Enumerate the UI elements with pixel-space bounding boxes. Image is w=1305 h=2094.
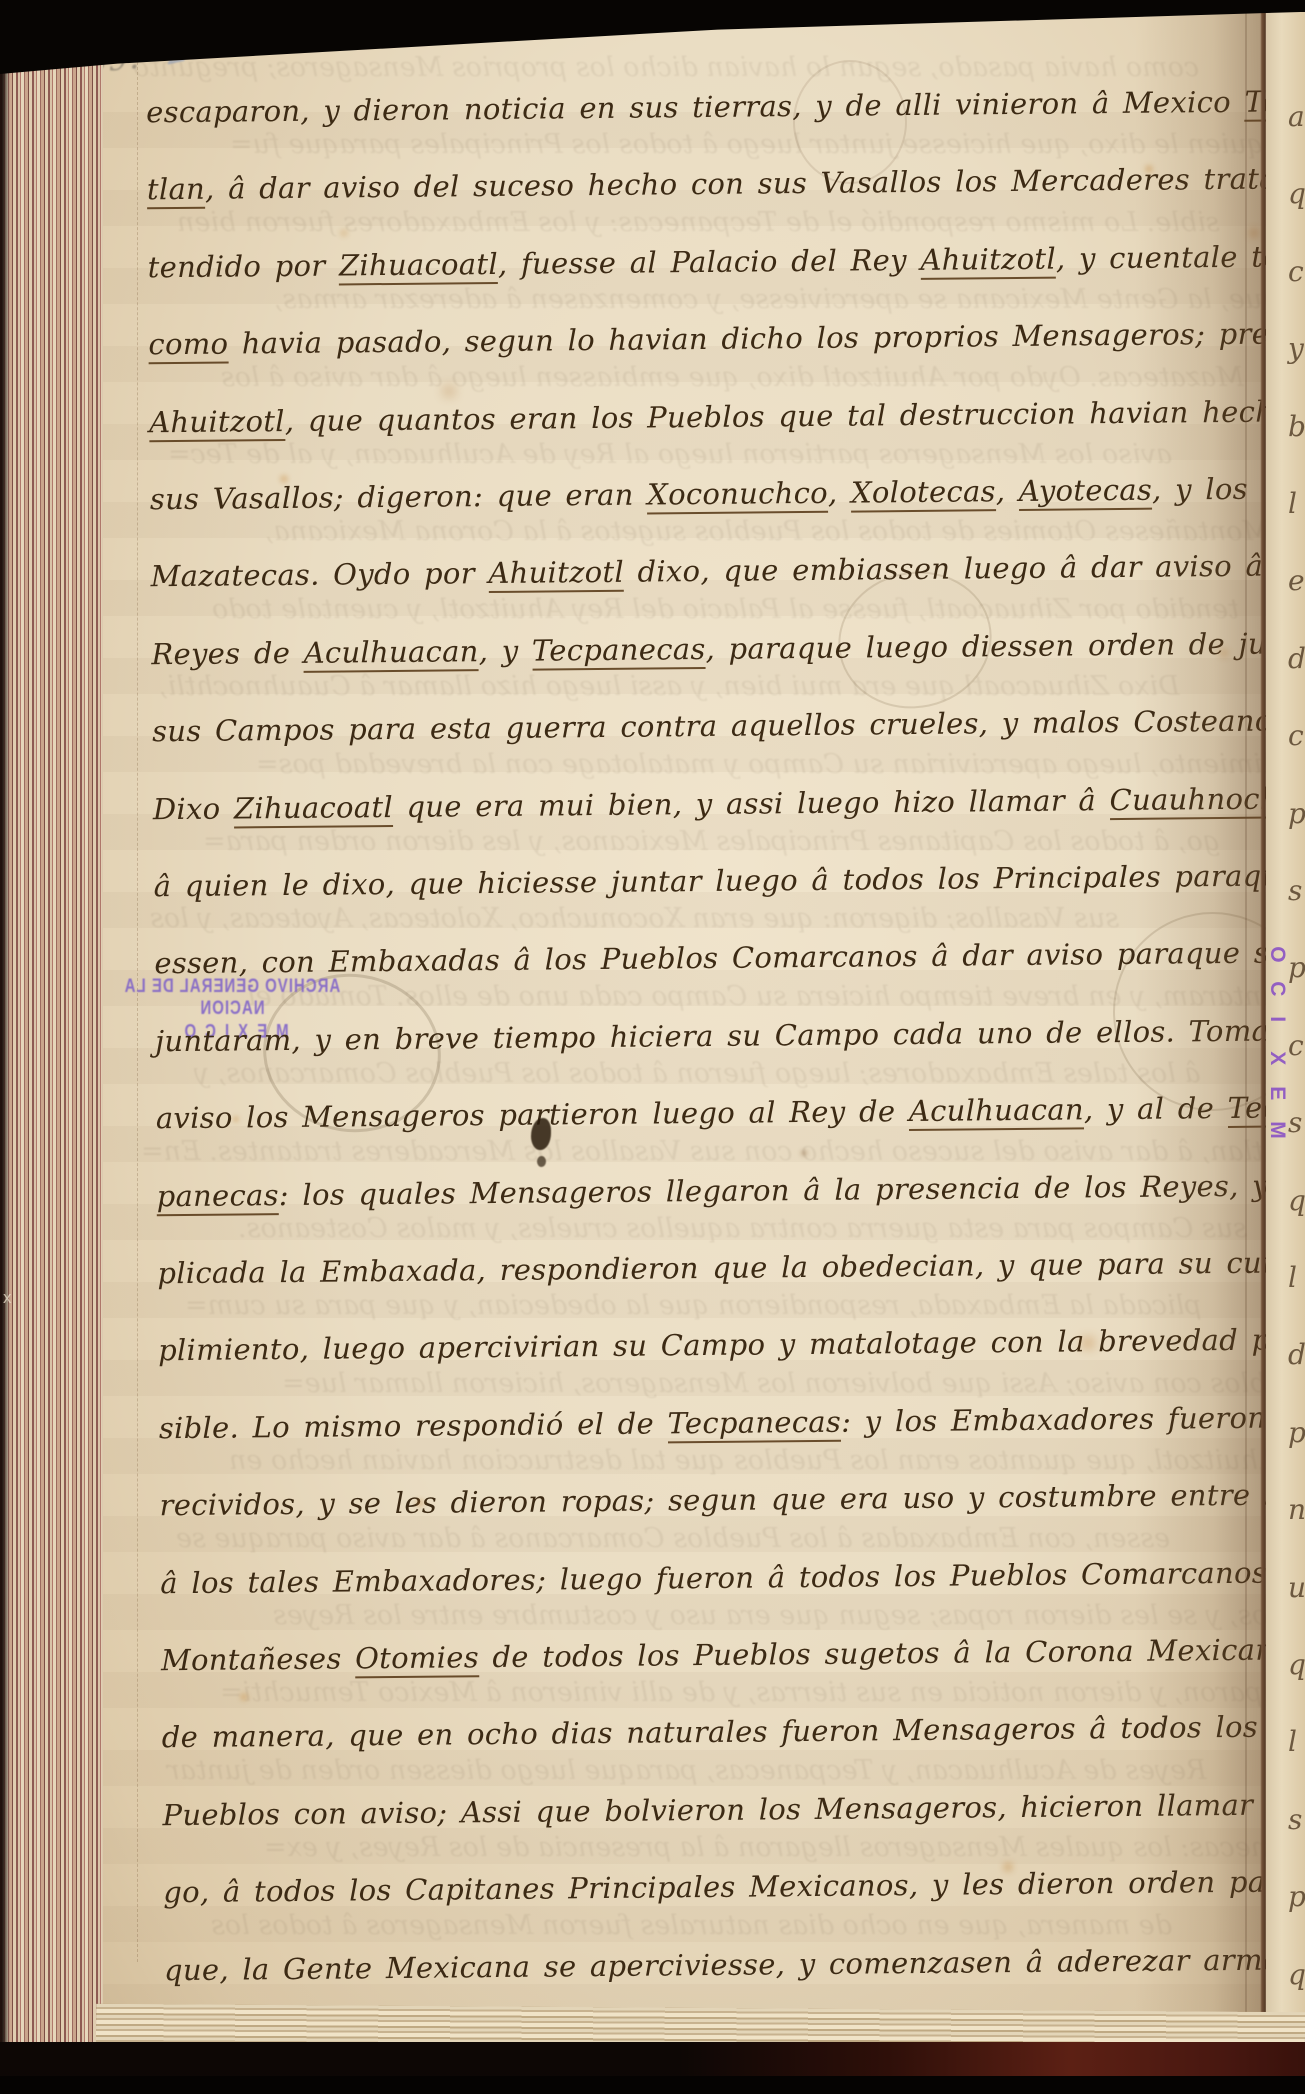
next-page-letter-fragment: u bbox=[1288, 1571, 1305, 1604]
next-page-letter-fragment: c bbox=[1288, 1029, 1304, 1062]
underlined-word: Zihuacoatl bbox=[339, 247, 498, 286]
underlined-word: como bbox=[148, 327, 228, 365]
next-page-letter-fragment: q bbox=[1288, 177, 1305, 210]
line-text: , fuesse al Palacio del Rey bbox=[498, 243, 921, 281]
next-page-letter-fragment: d bbox=[1288, 642, 1305, 675]
underlined-word: tlan bbox=[147, 172, 205, 210]
underlined-word: Aculhuacan bbox=[909, 1093, 1084, 1132]
manuscript-line: plicada la Embaxada, respondieron que la… bbox=[157, 1246, 1277, 1291]
left-page-edges bbox=[0, 18, 110, 2068]
line-text: plimiento, luego apercivirian su Campo y… bbox=[158, 1322, 1305, 1367]
underlined-word: Otomies bbox=[355, 1640, 479, 1678]
line-text: sus Campos para esta guerra contra aquel… bbox=[152, 703, 1297, 748]
underlined-word: Ahuitzotl bbox=[920, 241, 1056, 279]
manuscript-line: sus Vasallos; digeron: que eran Xoconuch… bbox=[150, 472, 1270, 517]
line-text: , bbox=[828, 476, 851, 510]
edge-stamp-letter: O bbox=[1266, 946, 1290, 964]
underlined-word: Zihuacoatl bbox=[234, 790, 393, 829]
next-page-letter-fragment: p bbox=[1288, 797, 1305, 830]
underlined-word: Tecpanecas bbox=[532, 632, 706, 671]
line-text: sus Vasallos; digeron: que eran bbox=[150, 478, 648, 517]
line-text: Mazatecas. Oydo por bbox=[151, 556, 489, 593]
manuscript-line: plimiento, luego apercivirian su Campo y… bbox=[158, 1323, 1278, 1368]
manuscript-line: sus Campos para esta guerra contra aquel… bbox=[152, 704, 1272, 749]
underlined-word: Xoconuchco bbox=[647, 476, 828, 515]
next-page-letter-fragment: n bbox=[1288, 1493, 1305, 1526]
manuscript-line: Montañeses Otomies de todos los Pueblos … bbox=[161, 1632, 1281, 1677]
line-text: Dixo bbox=[153, 791, 234, 826]
manuscript-line: aviso los Mensageros partieron luego al … bbox=[156, 1091, 1276, 1136]
line-text: recividos, y se les dieron ropas; segun … bbox=[159, 1476, 1305, 1522]
edge-stamp-mexico: OCIXEM bbox=[1268, 942, 1286, 1143]
line-text: escaparon, y dieron noticia en sus tierr… bbox=[146, 85, 1245, 130]
next-page-letter-fragment: s bbox=[1288, 1803, 1302, 1836]
photo-background-bottom bbox=[0, 2076, 1305, 2094]
next-page-letter-fragment: b bbox=[1288, 410, 1305, 443]
manuscript-line: tendido por Zihuacoatl, fuesse al Palaci… bbox=[148, 239, 1268, 284]
edge-stamp-letter: C bbox=[1266, 981, 1290, 999]
underlined-word: Ahuitzotl bbox=[149, 404, 285, 442]
manuscript-line: â quien le dixo, que hiciesse juntar lue… bbox=[153, 859, 1273, 904]
next-page-letter-fragment: q bbox=[1288, 1184, 1305, 1217]
underlined-word: Tecpanecas bbox=[667, 1404, 841, 1443]
handwritten-text-block: escaparon, y dieron noticia en sus tierr… bbox=[103, 12, 1305, 2038]
page-fold-line bbox=[1245, 12, 1247, 2038]
manuscript-line: Mazatecas. Oydo por Ahuitzotl dixo, que … bbox=[151, 549, 1271, 594]
line-text: â quien le dixo, que hiciesse juntar lue… bbox=[153, 858, 1305, 904]
edge-stamp-letter: M bbox=[1266, 1121, 1290, 1139]
manuscript-line: de manera, que en ocho dias naturales fu… bbox=[162, 1710, 1282, 1755]
underlined-word: panecas bbox=[156, 1178, 279, 1216]
next-page-strip: aqcybledcpspcsqldpnuqlspq OCIXEM bbox=[1266, 12, 1305, 2038]
manuscript-line: sible. Lo mismo respondió el de Tecpanec… bbox=[159, 1400, 1279, 1445]
underlined-word: Xolotecas bbox=[851, 474, 996, 512]
next-page-letter-fragment: p bbox=[1288, 1880, 1305, 1913]
next-page-letter-fragment: d bbox=[1288, 1338, 1305, 1371]
line-text: plicada la Embaxada, respondieron que la… bbox=[157, 1245, 1305, 1290]
manuscript-page: como havia pasado, segun lo havian dicho… bbox=[103, 12, 1305, 2038]
line-text: â los tales Embaxadores; luego fueron â … bbox=[160, 1555, 1305, 1600]
next-page-letter-fragment: q bbox=[1288, 1648, 1305, 1681]
manuscript-line: â los tales Embaxadores; luego fueron â … bbox=[160, 1555, 1280, 1600]
next-page-letter-fragment: p bbox=[1288, 1416, 1305, 1449]
underlined-word: Aculhuacan bbox=[304, 634, 479, 673]
next-page-letter-fragment: c bbox=[1288, 719, 1304, 752]
line-text: que era mui bien, y assi luego hizo llam… bbox=[393, 783, 1110, 824]
manuscript-line: escaparon, y dieron noticia en sus tierr… bbox=[146, 85, 1266, 130]
manuscript-line: recividos, y se les dieron ropas; segun … bbox=[159, 1478, 1279, 1523]
next-page-letter-fragment: e bbox=[1288, 564, 1305, 597]
margin-x-mark: x bbox=[3, 1288, 12, 1308]
line-text: juntaram, y en breve tiempo hiciera su C… bbox=[155, 1013, 1305, 1058]
next-page-letter-fragment: q bbox=[1288, 1958, 1305, 1991]
line-text: , y bbox=[479, 633, 533, 668]
manuscript-photo: como havia pasado, segun lo havian dicho… bbox=[0, 0, 1305, 2094]
next-page-letter-fragment: s bbox=[1288, 874, 1302, 907]
next-page-letter-fragment: l bbox=[1288, 1261, 1297, 1294]
next-page-letter-fragment: s bbox=[1288, 1106, 1302, 1139]
line-text: Montañeses bbox=[161, 1641, 355, 1677]
line-text: Pueblos con aviso; Assi que bolvieron lo… bbox=[162, 1787, 1305, 1832]
line-text: de manera, que en ocho dias naturales fu… bbox=[162, 1710, 1258, 1755]
manuscript-line: juntaram, y en breve tiempo hiciera su C… bbox=[155, 1013, 1275, 1058]
next-page-letter-fragment: l bbox=[1288, 487, 1297, 520]
underlined-word: Ayotecas bbox=[1019, 473, 1153, 511]
manuscript-line: Pueblos con aviso; Assi que bolvieron lo… bbox=[162, 1787, 1282, 1832]
manuscript-line: essen, con Embaxadas â los Pueblos Comar… bbox=[154, 936, 1274, 981]
next-page-letter-fragment: y bbox=[1288, 332, 1304, 365]
edge-stamp-letter: X bbox=[1266, 1051, 1290, 1069]
next-page-letter-fragment: p bbox=[1288, 951, 1305, 984]
next-page-letter-fragment: l bbox=[1288, 1725, 1297, 1758]
manuscript-line: como havia pasado, segun lo havian dicho… bbox=[148, 317, 1268, 362]
manuscript-line: Reyes de Aculhuacan, y Tecpanecas, paraq… bbox=[151, 626, 1271, 671]
line-text: sible. Lo mismo respondió el de bbox=[159, 1406, 668, 1445]
manuscript-line: que, la Gente Mexicana se aperciviesse, … bbox=[164, 1942, 1284, 1987]
manuscript-line: panecas: los quales Mensageros llegaron … bbox=[156, 1168, 1276, 1213]
edge-stamp-letter: E bbox=[1266, 1086, 1290, 1104]
line-text: tendido por bbox=[148, 248, 340, 284]
manuscript-line: Dixo Zihuacoatl que era mui bien, y assi… bbox=[153, 781, 1273, 826]
line-text: que, la Gente Mexicana se aperciviesse, … bbox=[164, 1942, 1305, 1987]
line-text: , bbox=[996, 474, 1019, 508]
line-text: Reyes de bbox=[151, 636, 304, 671]
manuscript-line: go, â todos los Capitanes Principales Me… bbox=[163, 1865, 1283, 1910]
next-page-letter-fragment: c bbox=[1288, 255, 1304, 288]
manuscript-line: tlan, â dar aviso del suceso hecho con s… bbox=[147, 162, 1267, 207]
line-text: essen, con Embaxadas â los Pueblos Comar… bbox=[154, 936, 1286, 981]
edge-stamp-letter: I bbox=[1266, 1016, 1290, 1034]
underlined-word: Ahuitzotl bbox=[488, 555, 624, 593]
next-page-letter-fragment: a bbox=[1288, 100, 1305, 133]
line-text: go, â todos los Capitanes Principales Me… bbox=[163, 1864, 1305, 1909]
manuscript-line: Ahuitzotl, que quantos eran los Pueblos … bbox=[149, 394, 1269, 439]
